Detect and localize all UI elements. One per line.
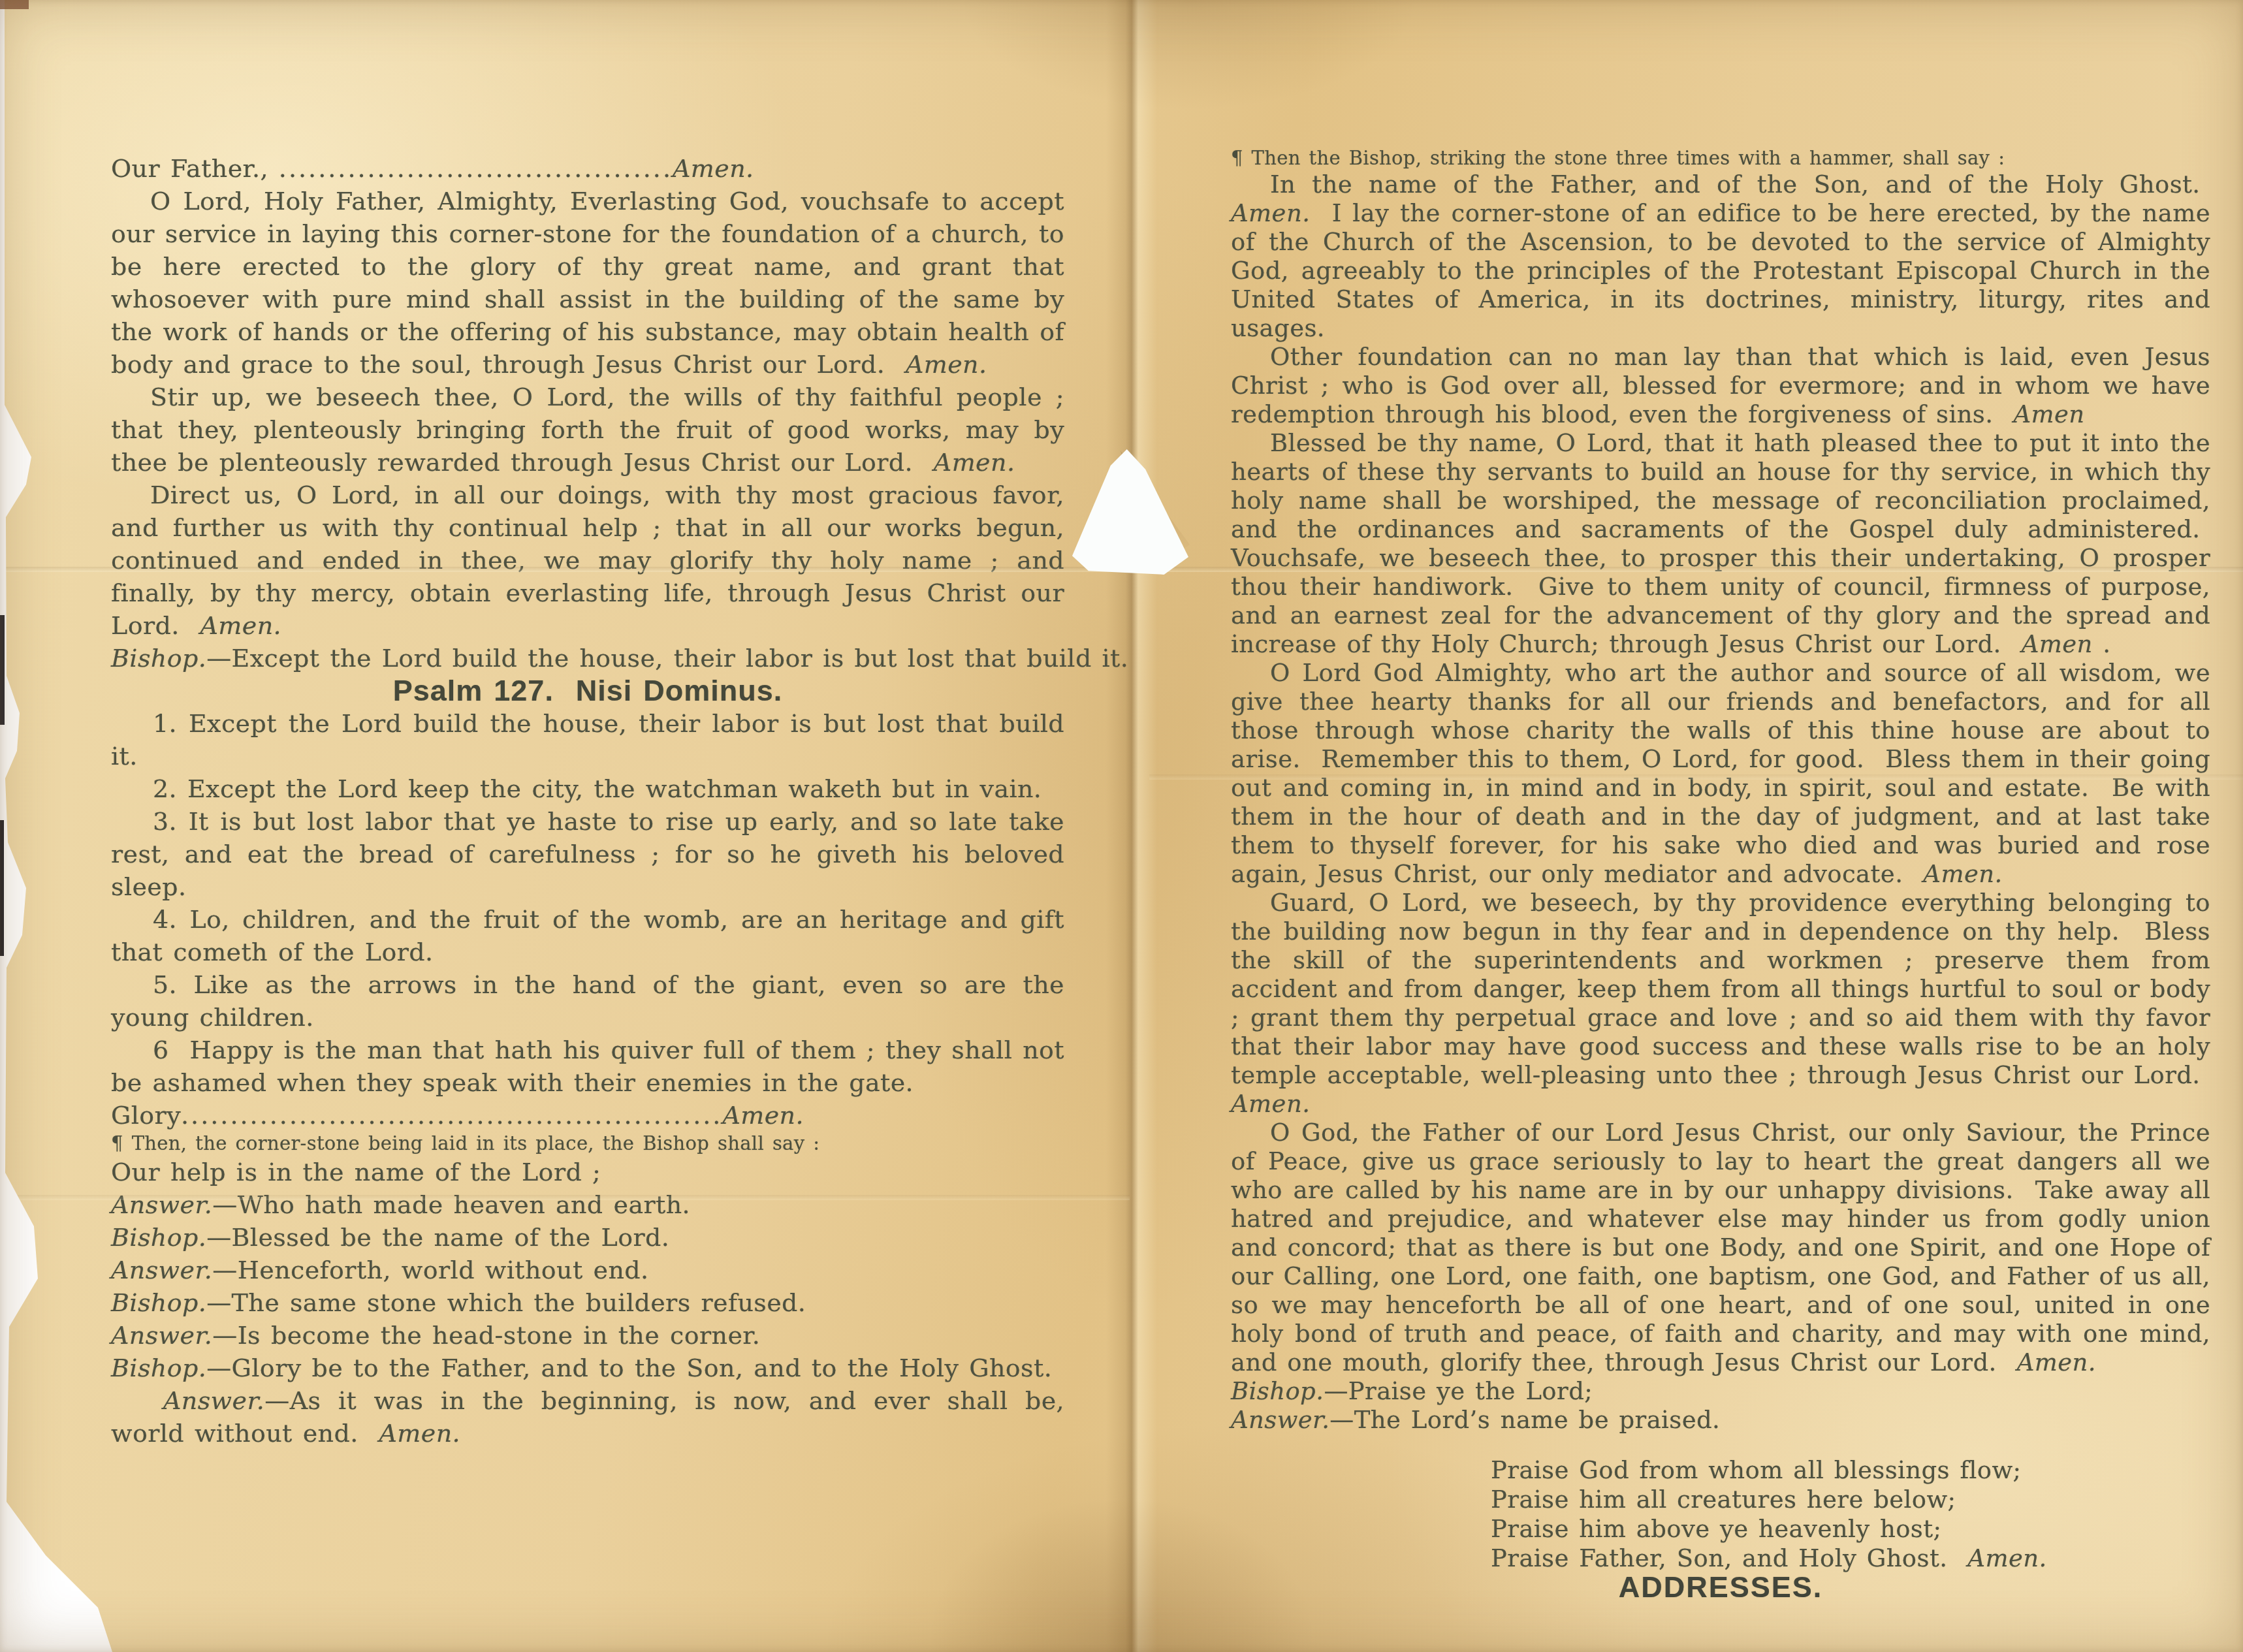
rubric: ¶ Then the Bishop, striking the stone th… — [1231, 146, 2210, 170]
prayer-paragraph: Stir up, we beseech thee, O Lord, the wi… — [111, 381, 1064, 479]
rubric: ¶ Then, the corner-stone being laid in i… — [111, 1132, 1064, 1156]
psalm-verse: 6 Happy is the man that hath his quiver … — [111, 1034, 1064, 1099]
doxology-line: Praise Father, Son, and Holy Ghost. Amen… — [1491, 1544, 2210, 1573]
scanned-document: Our Father., ...........................… — [0, 0, 2243, 1652]
doxology-line: Praise him above ye heavenly host; — [1491, 1514, 2210, 1544]
prayer-paragraph: O Lord, Holy Father, Almighty, Everlasti… — [111, 185, 1064, 381]
corner-smudge — [0, 0, 29, 9]
prayer-paragraph: Other foundation can no man lay than tha… — [1231, 343, 2210, 429]
doxology-line: Praise God from whom all blessings flow; — [1491, 1455, 2210, 1485]
psalm-verse: 4. Lo, children, and the fruit of the wo… — [111, 903, 1064, 968]
versicle: Answer.—Who hath made heaven and earth. — [111, 1188, 1064, 1221]
versicle: Answer.—Is become the head-stone in the … — [111, 1319, 1064, 1352]
page-left: Our Father., ...........................… — [0, 0, 1130, 1652]
edge-shadow — [0, 615, 5, 725]
prayer-paragraph: In the name of the Father, and of the So… — [1231, 170, 2210, 343]
versicle: Bishop.—Praise ye the Lord; — [1231, 1377, 2210, 1406]
bishop-versicle: Bishop.—Except the Lord build the house,… — [111, 642, 1064, 675]
prayer-paragraph: O Lord God Almighty, who art the author … — [1231, 659, 2210, 889]
psalm-verse: 5. Like as the arrows in the hand of the… — [111, 968, 1064, 1034]
page-right: ¶ Then the Bishop, striking the stone th… — [1130, 0, 2243, 1652]
psalm-verse: 3. It is but lost labor that ye haste to… — [111, 805, 1064, 903]
doxology-line: Praise him all creatures here below; — [1491, 1485, 2210, 1514]
versicle: Answer.—Henceforth, world without end. — [111, 1254, 1064, 1286]
prayer-paragraph: O God, the Father of our Lord Jesus Chri… — [1231, 1119, 2210, 1377]
our-father-line: Our Father., ...........................… — [111, 152, 1064, 185]
glory-line: Glory...................................… — [111, 1099, 1064, 1132]
psalm-verse: 1. Except the Lord build the house, thei… — [111, 707, 1064, 772]
versicle: Bishop.—Glory be to the Father, and to t… — [111, 1352, 1064, 1384]
versicle: Our help is in the name of the Lord ; — [111, 1156, 1064, 1188]
edge-shadow — [0, 820, 4, 956]
versicle: Answer.—As it was in the beginning, is n… — [111, 1384, 1064, 1450]
versicle: Bishop.—Blessed be the name of the Lord. — [111, 1221, 1064, 1254]
prayer-paragraph: Direct us, O Lord, in all our doings, wi… — [111, 479, 1064, 642]
versicle: Answer.—The Lord’s name be praised. — [1231, 1406, 2210, 1435]
psalm-verse: 2. Except the Lord keep the city, the wa… — [111, 772, 1064, 805]
prayer-paragraph: Blessed be thy name, O Lord, that it hat… — [1231, 429, 2210, 659]
prayer-paragraph: Guard, O Lord, we beseech, by thy provid… — [1231, 889, 2210, 1119]
addresses-heading: ADDRESSES. — [1231, 1573, 2210, 1602]
versicle: Bishop.—The same stone which the builder… — [111, 1286, 1064, 1319]
psalm-heading: Psalm 127. Nisi Dominus. — [111, 675, 1064, 707]
doxology: Praise God from whom all blessings flow;… — [1491, 1455, 2210, 1573]
